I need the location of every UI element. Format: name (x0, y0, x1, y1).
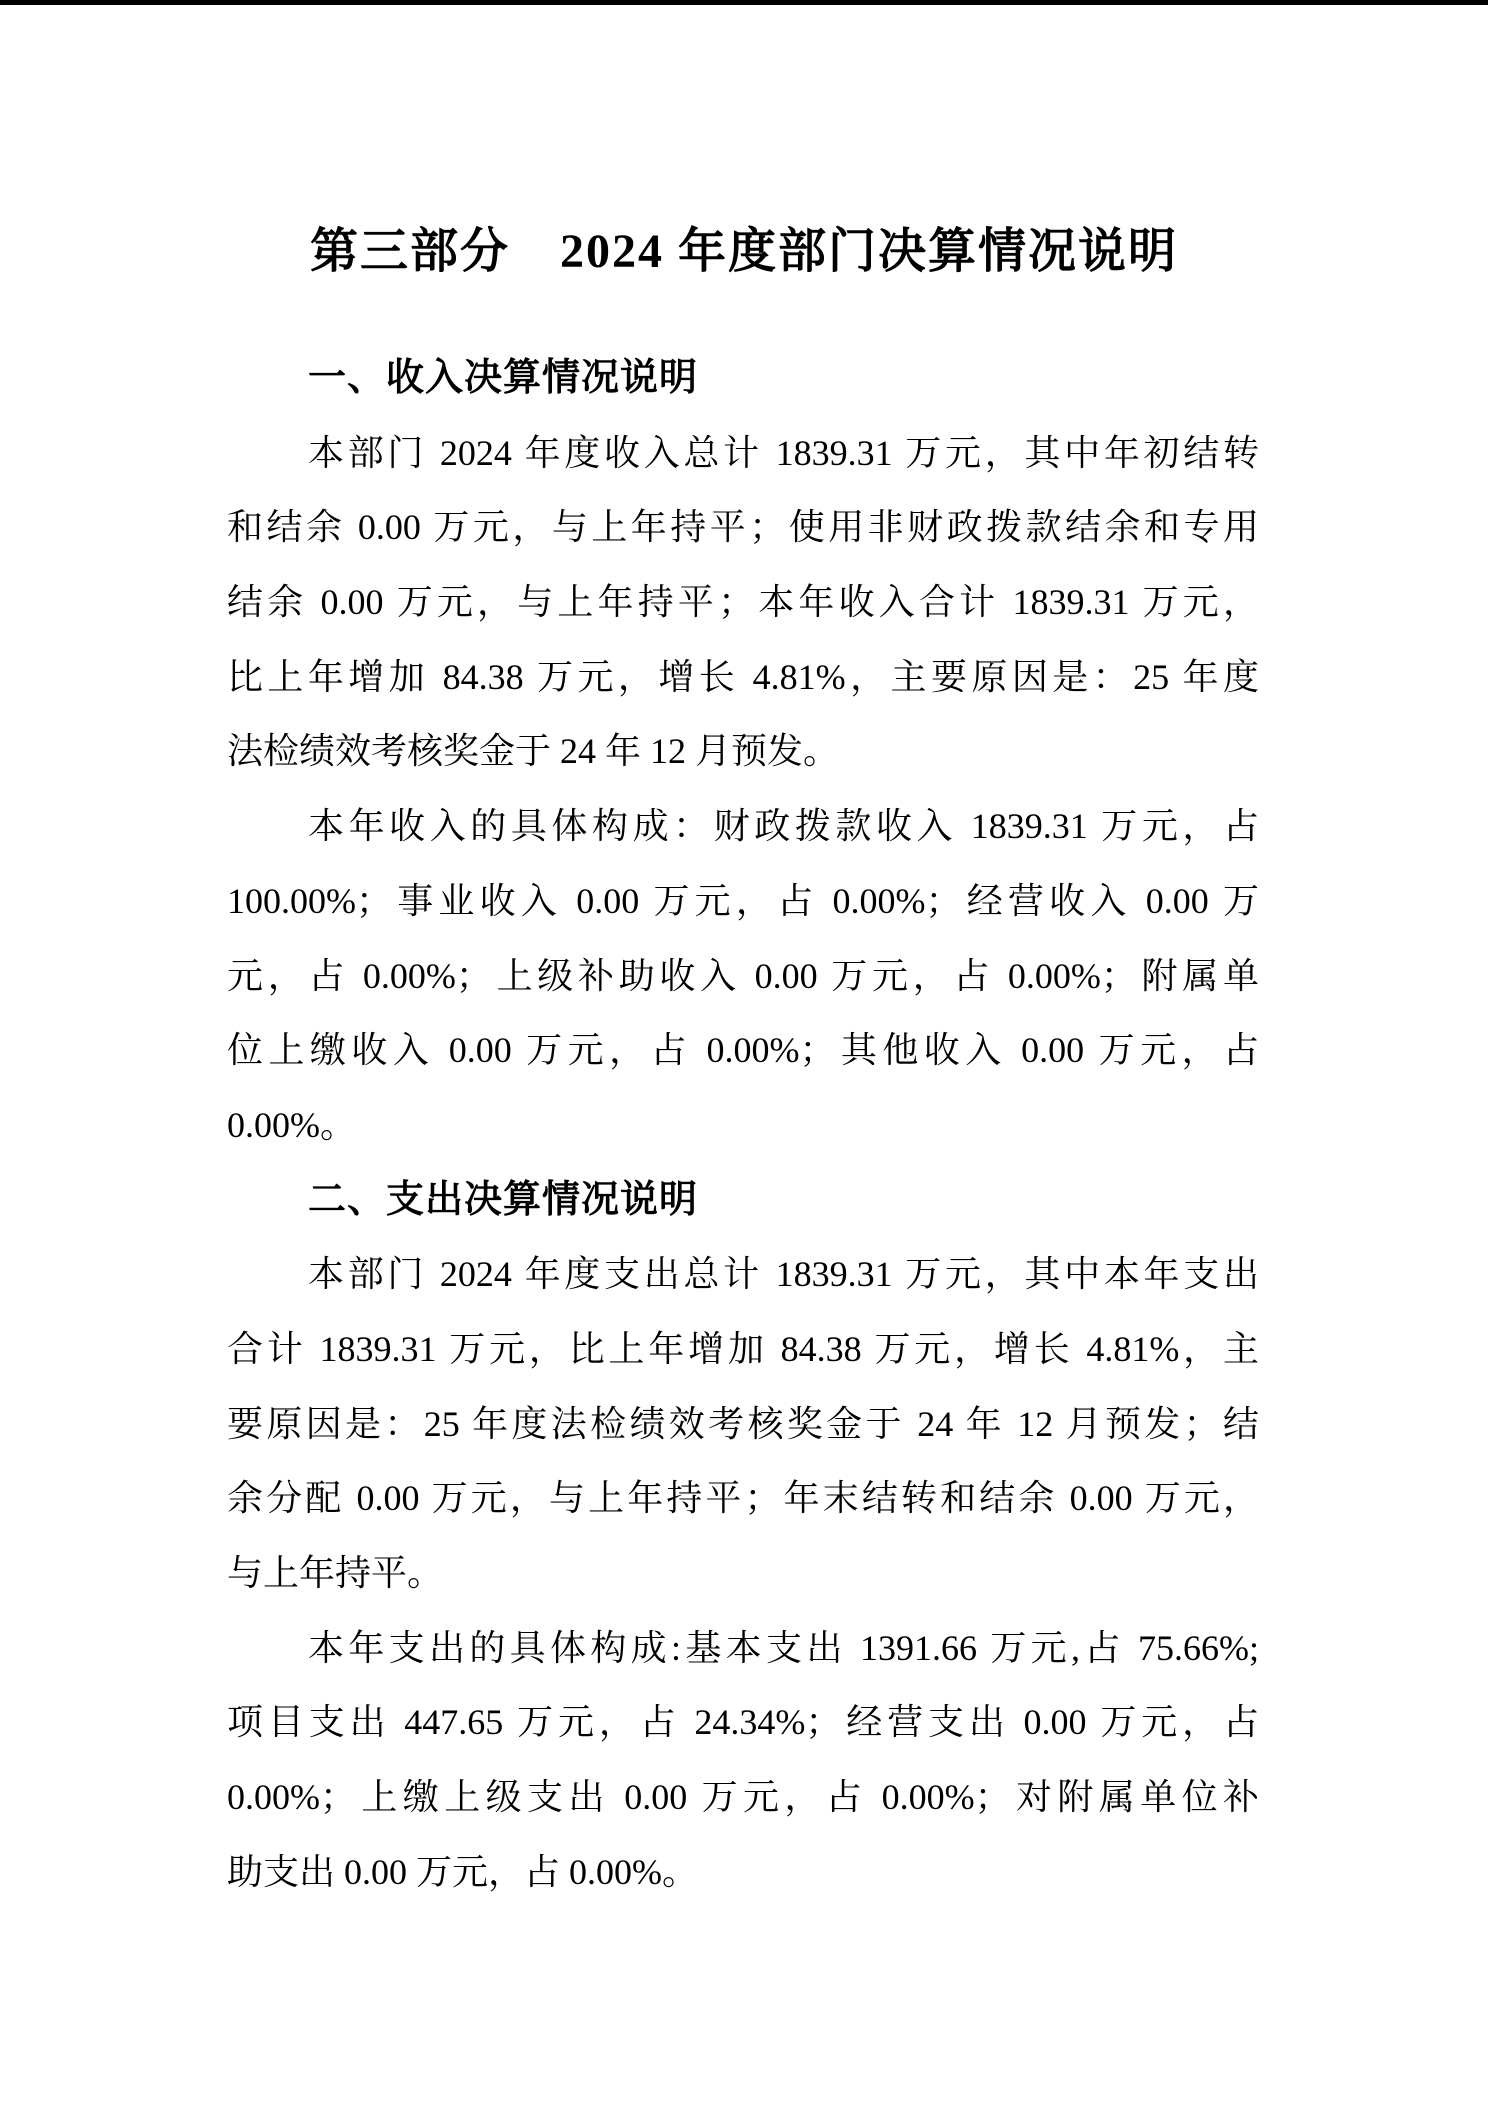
text-line: 100.00%；事业收入 0.00 万元，占 0.00%；经营收入 0.00 万 (227, 864, 1259, 939)
document-page: 第三部分 2024 年度部门决算情况说明 一、收入决算情况说明 本部门 2024… (0, 0, 1488, 2104)
text-line: 比上年增加 84.38 万元，增长 4.81%，主要原因是：25 年度 (227, 640, 1259, 715)
text-line: 要原因是：25 年度法检绩效考核奖金于 24 年 12 月预发；结 (227, 1387, 1259, 1462)
page-top-edge (0, 0, 1488, 5)
text-line: 余分配 0.00 万元，与上年持平；年末结转和结余 0.00 万元， (227, 1461, 1259, 1536)
text-line: 项目支出 447.65 万元，占 24.34%；经营支出 0.00 万元，占 (227, 1685, 1259, 1760)
text-line: 法检绩效考核奖金于 24 年 12 月预发。 (227, 714, 1259, 789)
text-line: 和结余 0.00 万元，与上年持平；使用非财政拨款结余和专用 (227, 490, 1259, 565)
document-title: 第三部分 2024 年度部门决算情况说明 (0, 226, 1488, 278)
text-line: 本年支出的具体构成:基本支出 1391.66 万元,占 75.66%; (227, 1611, 1259, 1686)
section-heading-income: 一、收入决算情况说明 (227, 341, 1259, 416)
text-line: 与上年持平。 (227, 1536, 1259, 1611)
text-line: 0.00%；上缴上级支出 0.00 万元，占 0.00%；对附属单位补 (227, 1760, 1259, 1835)
text-line: 元，占 0.00%；上级补助收入 0.00 万元，占 0.00%；附属单 (227, 939, 1259, 1014)
text-line: 本部门 2024 年度收入总计 1839.31 万元，其中年初结转 (227, 416, 1259, 491)
text-line: 助支出 0.00 万元，占 0.00%。 (227, 1835, 1259, 1910)
text-line: 结余 0.00 万元，与上年持平；本年收入合计 1839.31 万元， (227, 565, 1259, 640)
document-body: 一、收入决算情况说明 本部门 2024 年度收入总计 1839.31 万元，其中… (227, 341, 1259, 1909)
text-line: 合计 1839.31 万元，比上年增加 84.38 万元，增长 4.81%，主 (227, 1312, 1259, 1387)
text-line: 位上缴收入 0.00 万元，占 0.00%；其他收入 0.00 万元，占 (227, 1013, 1259, 1088)
section-heading-expenditure: 二、支出决算情况说明 (227, 1163, 1259, 1238)
text-line: 本年收入的具体构成：财政拨款收入 1839.31 万元，占 (227, 789, 1259, 864)
text-line: 0.00%。 (227, 1088, 1259, 1163)
text-line: 本部门 2024 年度支出总计 1839.31 万元，其中本年支出 (227, 1237, 1259, 1312)
